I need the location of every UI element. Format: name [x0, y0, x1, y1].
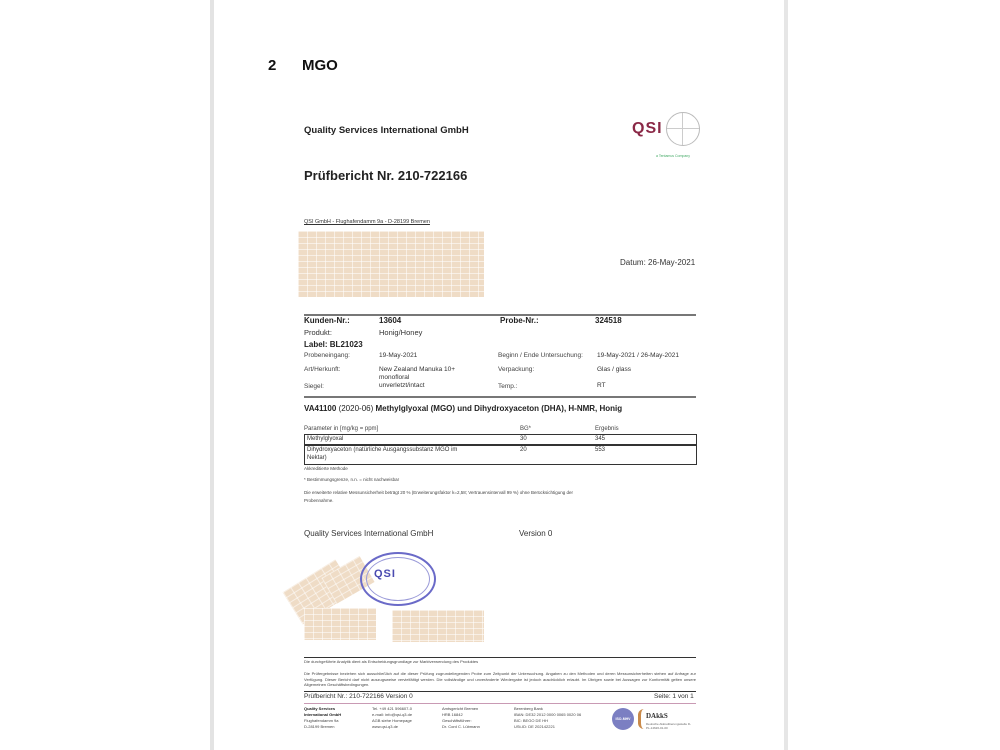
dakks-label: DAkkS: [646, 712, 668, 720]
packaging-label: Verpackung:: [498, 366, 534, 373]
table-row: Dihydroxyaceton (natürliche Ausgangssubs…: [304, 445, 697, 465]
sample-label: Label: BL21023: [304, 340, 363, 349]
globe-icon: [666, 112, 700, 146]
origin-value-2: monofloral: [379, 374, 409, 381]
customer-number: 13604: [379, 316, 401, 325]
section-number: 2: [268, 57, 276, 74]
redacted-signer-title: [392, 610, 484, 642]
page-shadow-right: [784, 0, 788, 750]
table-row: Methylglyoxal 30 345: [304, 434, 697, 445]
redacted-recipient-address: [298, 231, 484, 297]
footer-contact-col: Tel. +49 421 596607-0e-mail: info@qsi-q3…: [372, 706, 412, 730]
report-footer-id: Prüfbericht Nr.: 210-722166 Version 0: [304, 693, 413, 700]
origin-value: New Zealand Manuka 10+: [379, 366, 455, 373]
uncertainty-note-2: Probennahme.: [304, 498, 334, 503]
document-page: 2 MGO Quality Services International Gmb…: [214, 0, 784, 750]
qsi-stamp: QSI: [360, 552, 436, 606]
redacted-signer-name: [304, 608, 376, 640]
col-header-result: Ergebnis: [595, 426, 619, 432]
uncertainty-note: Die erweiterte relative Messunsicherheit…: [304, 490, 573, 495]
company-name: Quality Services International GmbH: [304, 125, 469, 136]
section-title: MGO: [302, 57, 338, 74]
product-value: Honig/Honey: [379, 328, 422, 337]
method-line: VA41100 (2020-06) Methylglyoxal (MGO) un…: [304, 404, 622, 413]
divider: [304, 396, 696, 398]
divider: [304, 691, 696, 692]
footer-bank-col: Berenberg BankIBAN: DE32 2012 0000 0065 …: [514, 706, 581, 730]
method-description: Methylglyoxal (MGO) und Dihydroxyaceton …: [375, 404, 622, 413]
report-title: Prüfbericht Nr. 210-722166: [304, 168, 467, 183]
temp-label: Temp.:: [498, 383, 518, 390]
test-period-label: Beginn / Ende Untersuchung:: [498, 352, 583, 359]
disclaimer-usage: Die durchgeführte Analytik dient als Ent…: [304, 659, 478, 664]
method-code: VA41100: [304, 404, 336, 413]
product-label: Produkt:: [304, 328, 332, 337]
sample-number: 324518: [595, 316, 622, 325]
report-date: Datum: 26-May-2021: [620, 258, 695, 267]
signature-version: Version 0: [519, 529, 552, 538]
qsi-logo: QSI a Tentamus Company: [628, 112, 700, 162]
accredited-note: Akkreditierte Methode: [304, 466, 348, 471]
customer-number-label: Kunden-Nr.:: [304, 316, 350, 325]
divider: [304, 657, 696, 658]
footer-company-col: Quality ServicesInternational GmbHFlugha…: [304, 706, 341, 730]
seal-value: unverletzt/intact: [379, 382, 425, 389]
col-header-parameter: Parameter in [mg/kg = ppm]: [304, 426, 378, 432]
limit-note: * Bestimmungsgrenze, n.n. = nicht nachwe…: [304, 477, 399, 482]
seal-label: Siegel:: [304, 383, 324, 390]
col-header-bg: BG*: [520, 426, 531, 432]
dakks-subtitle: Deutsche Akkreditierungsstelle D-PL-1462…: [646, 722, 692, 730]
footer-registry-col: Amtsgericht BremenHRB 16842Geschäftsführ…: [442, 706, 480, 730]
page-number: Seite: 1 von 1: [654, 693, 694, 700]
sample-number-label: Probe-Nr.:: [500, 316, 539, 325]
origin-label: Art/Herkunft:: [304, 366, 340, 373]
divider: [304, 703, 696, 704]
temp-value: RT: [597, 382, 606, 389]
method-version: (2020-06): [339, 404, 374, 413]
receipt-label: Probeneingang:: [304, 352, 350, 359]
disclaimer-results: Die Prüfergebnisse beziehen sich ausschl…: [304, 671, 696, 688]
receipt-value: 19-May-2021: [379, 352, 417, 359]
test-period-value: 19-May-2021 / 26-May-2021: [597, 352, 679, 359]
ilac-badge-icon: ISO-MHV: [612, 708, 634, 730]
signature-company: Quality Services International GmbH: [304, 529, 433, 538]
packaging-value: Glas / glass: [597, 366, 631, 373]
sender-address: QSI GmbH - Flughafendamm 9a - D-28199 Br…: [304, 219, 430, 225]
